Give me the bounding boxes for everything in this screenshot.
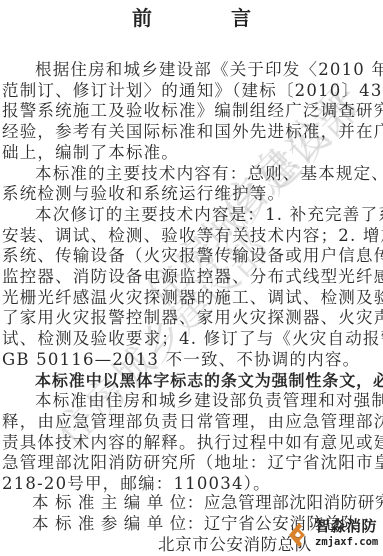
logo-name: 智淼消防 [315, 515, 377, 536]
chief-editor-label: 本 标 准 主 编 单 位： [32, 493, 204, 512]
text-line: 本次修订的主要技术内容是：1. 补充完善了系统设备部件的 [2, 205, 383, 225]
text-line: 系统、传输设备（火灾报警传输设备或用户信息传输装置）、防火门 [2, 246, 382, 266]
text-line: 本标准由住房和城乡建设部负责管理和对强制性条文的解 [2, 391, 383, 411]
page-title: 前 言 [0, 2, 383, 31]
text-line: 础上，编制了本标准。 [2, 143, 382, 163]
chief-editor-value: 应急管理部沈阳消防研究所 [204, 493, 383, 512]
text-line: 试、检测及验收要求；4. 修订了与《火灾自动报警系统设计规范》 [2, 329, 382, 349]
text-line: 系统检测与验收和系统运行维护等。 [2, 184, 382, 204]
text-line: 了家用火灾报警控制器、家用火灾探测器、火灾声光警报器的调 [2, 308, 382, 328]
site-logo: 智淼消防 zmjaxf.com [285, 515, 383, 555]
text-line: 急管理部沈阳消防研究所（地址：辽宁省沈阳市皇姑区文大路 [2, 453, 382, 473]
text-line: 218-20号甲，邮编：110034）。 [2, 474, 382, 494]
text-line: 本标准中以黑体字标志的条文为强制性条文，必须严格执行。 [2, 371, 383, 391]
text-line: 根据住房和城乡建设部《关于印发〈2010 年工程建设标准规 [2, 60, 383, 80]
logo-url: zmjaxf.com [315, 536, 378, 548]
text-line: 责具体技术内容的解释。执行过程中如有意见或建议，请寄送应 [2, 433, 382, 453]
text-line: 报警系统施工及验收标准》编制组经广泛调查研究，认真总结实践 [2, 101, 382, 121]
text-line: GB 50116—2013 不一致、不协调的内容。 [2, 350, 382, 370]
text-line: 监控器、消防设备电源监控器、分布式线型光纤感温火灾探测器和 [2, 267, 382, 287]
text-line: 安装、调试、检测、验收等有关技术内容；2. 增加了电气火灾监控 [2, 226, 382, 246]
text-line: 范制订、修订计划〉的通知》（建标〔2010〕43 号）的要求，《火灾自动 [2, 81, 382, 101]
chief-editor-line: 本 标 准 主 编 单 位：应急管理部沈阳消防研究所 [2, 493, 383, 513]
text-line: 光栅光纤感温火灾探测器的施工、调试、检测及验收要求；3. 增加 [2, 288, 382, 308]
text-line: 经验，参考有关国际标准和国外先进标准，并在广泛征求意见的基 [2, 122, 382, 142]
text-line: 本标准的主要技术内容有：总则、基本规定、施工、系统调试、 [2, 164, 383, 184]
participant-editor-label: 本 标 准 参 编 单 位： [32, 514, 204, 533]
text-line: 释，由应急管理部负责日常管理，由应急管理部沈阳消防研究所负 [2, 412, 382, 432]
diamond-arrow-icon [285, 521, 313, 549]
